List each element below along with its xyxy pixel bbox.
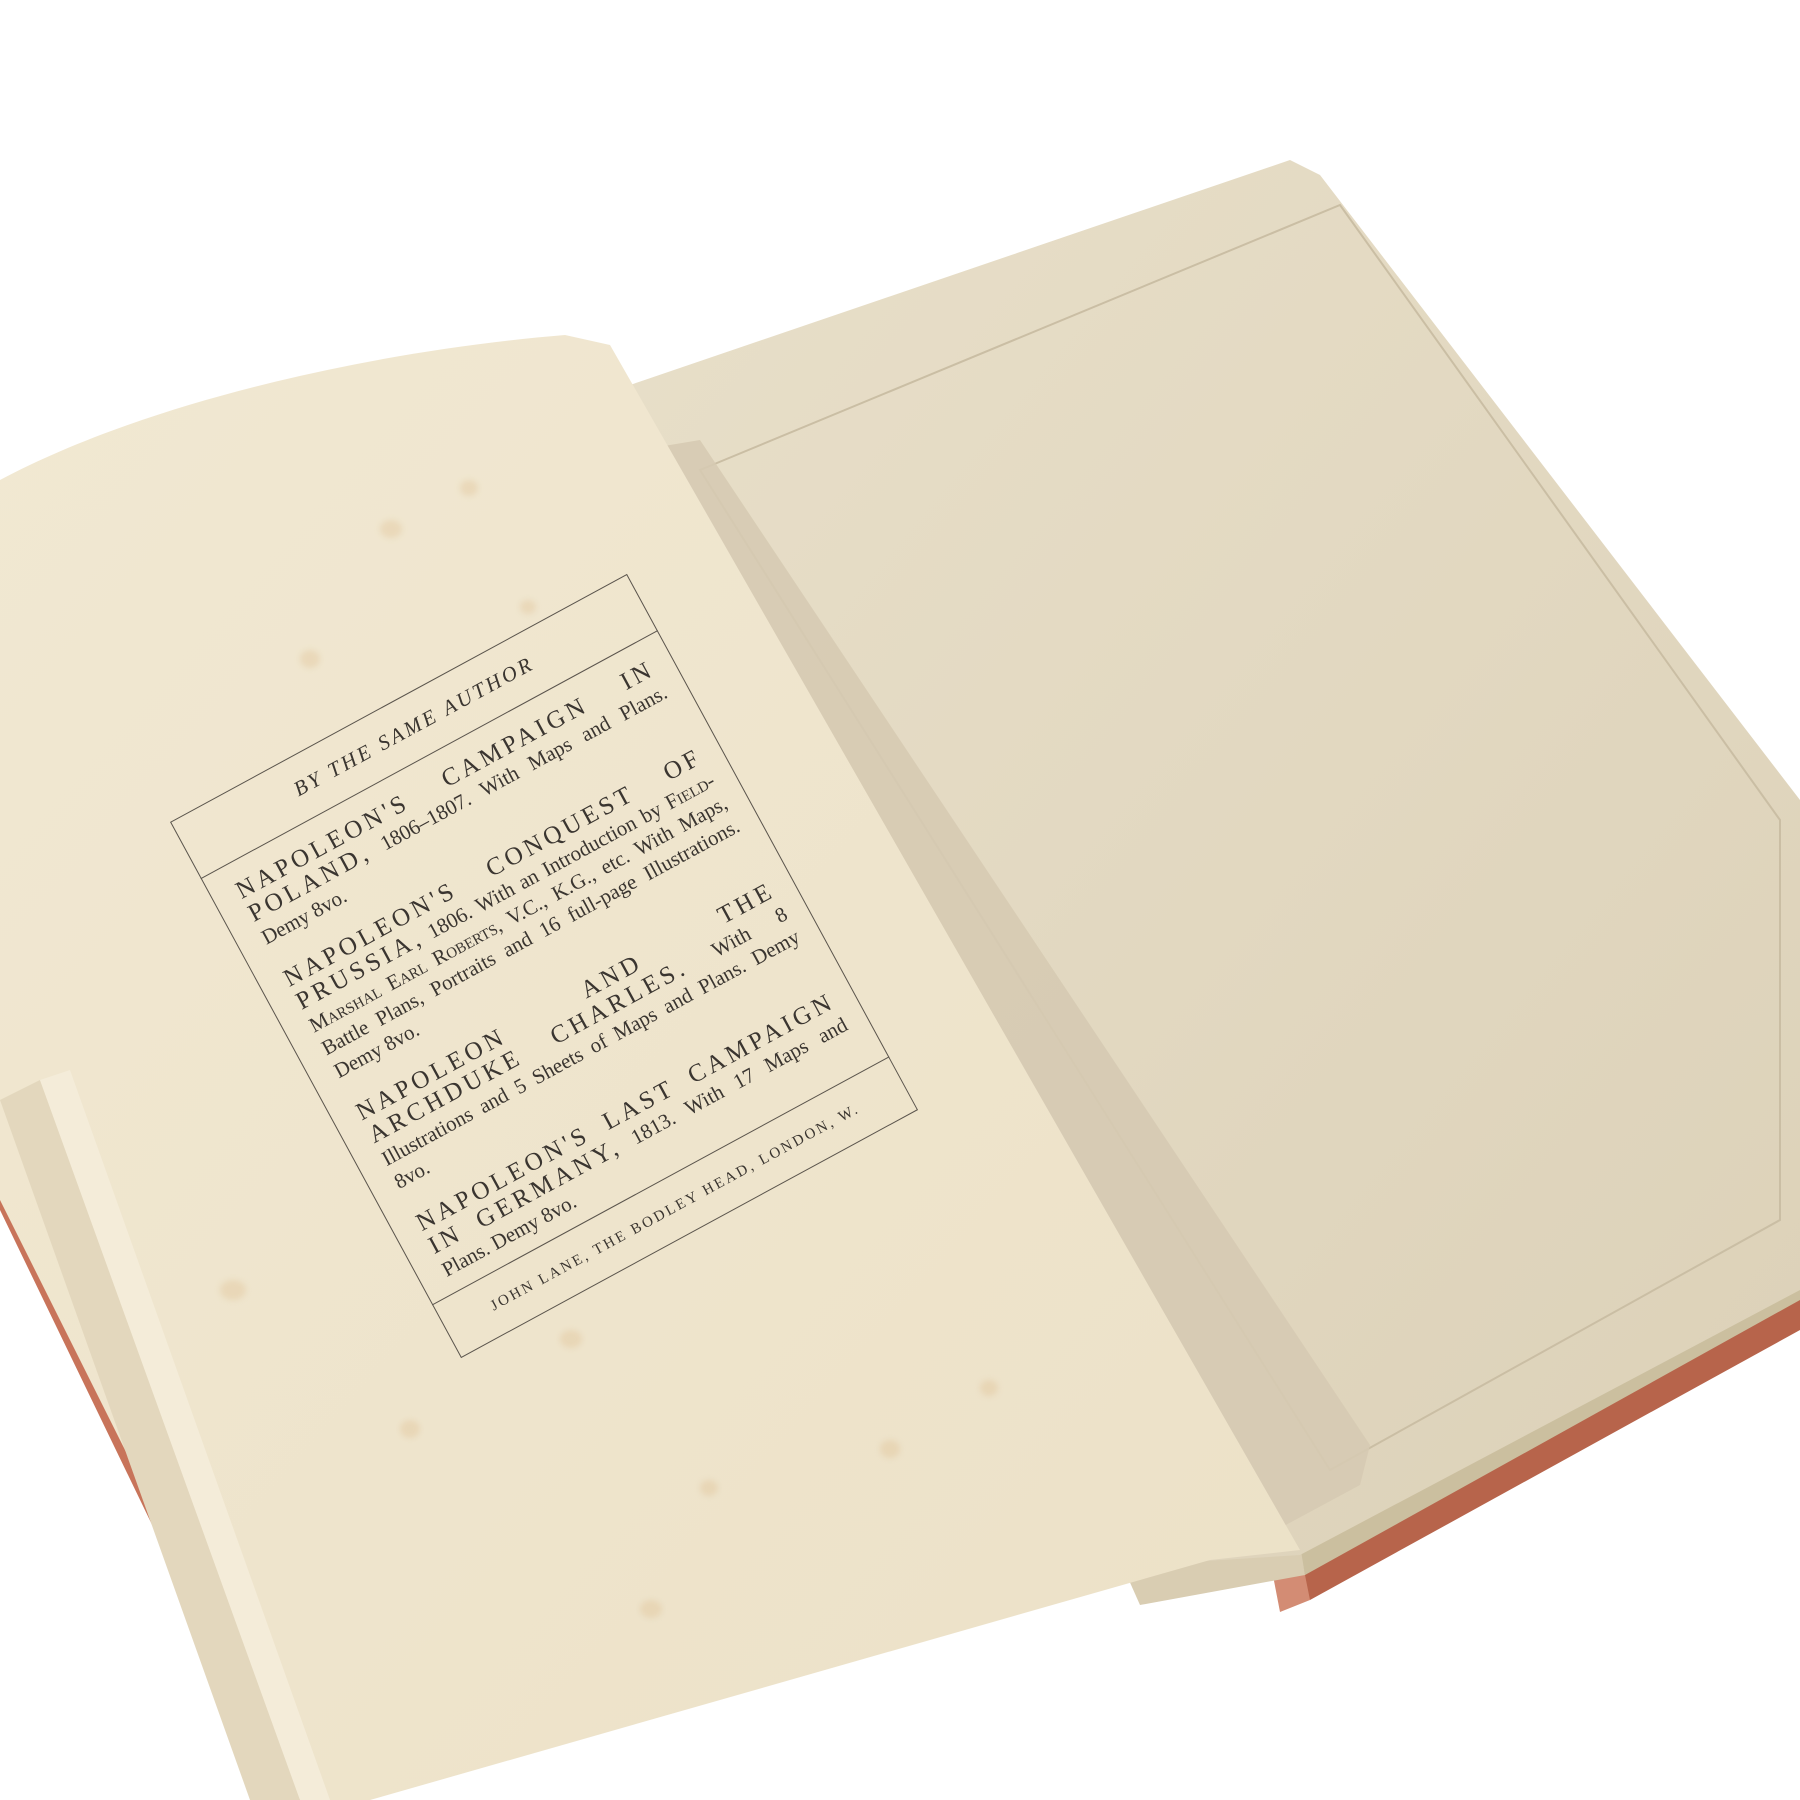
book-photo: BY THE SAME AUTHOR NAPOLEON'S CAMPAIGN I… (0, 0, 1800, 1800)
